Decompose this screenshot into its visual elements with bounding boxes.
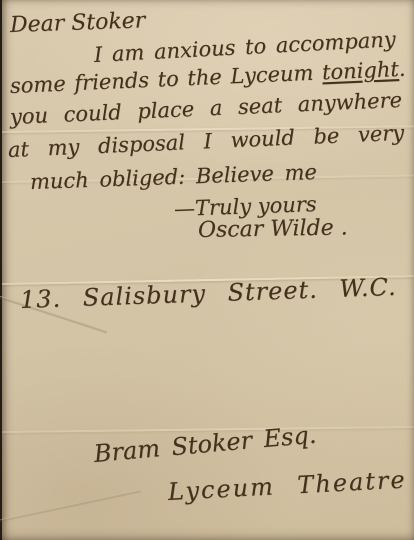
body-line-5: much obliged: Believe me [30, 161, 318, 194]
salutation-line: Dear Stoker [10, 9, 146, 38]
paper-wrinkle-2 [0, 489, 141, 523]
letter-paper: Dear Stoker I am anxious to accompany so… [2, 0, 414, 540]
body-line-2-post: . If [398, 56, 414, 81]
body-line-2-pre: some friends to the Lyceum [9, 60, 322, 98]
valediction-flourish-dash: — [174, 196, 196, 221]
signature-line: Oscar Wilde . [198, 216, 348, 243]
letter-photo: Dear Stoker I am anxious to accompany so… [0, 0, 414, 540]
underlined-word-tonight: tonight [322, 57, 400, 84]
address-line: 13. Salisbury Street. W.C. [20, 274, 398, 314]
recipient-place-line: Lyceum Theatre [167, 467, 407, 506]
